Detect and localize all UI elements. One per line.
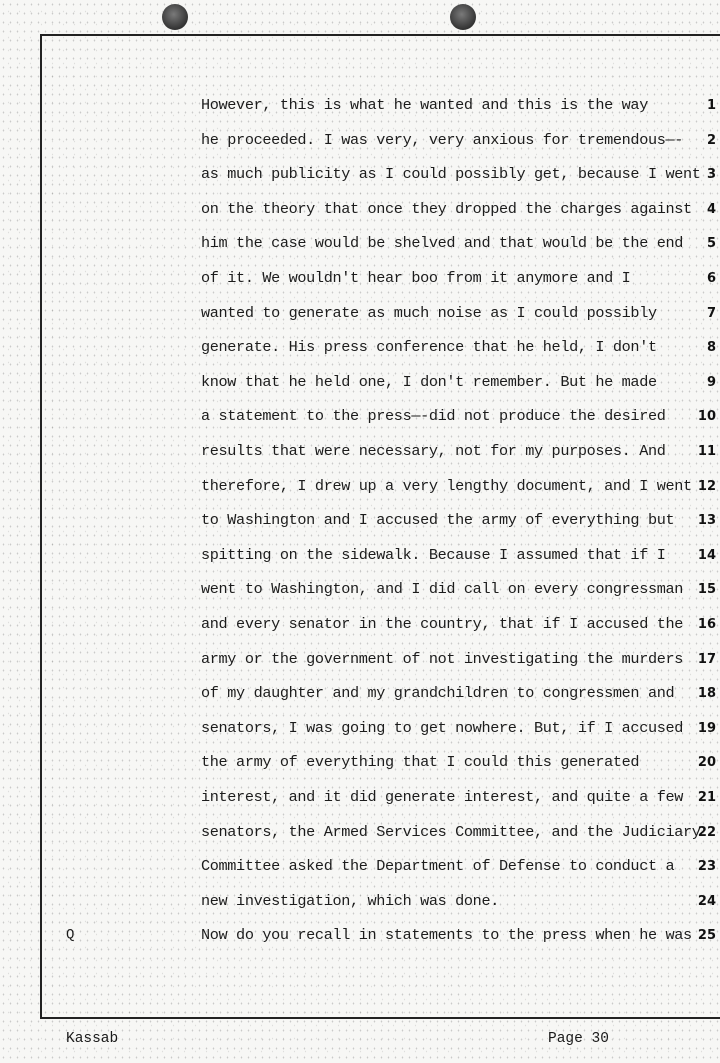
transcript-line: results that were necessary, not for my … bbox=[201, 442, 666, 460]
punch-hole bbox=[450, 4, 476, 30]
line-number: 20 bbox=[680, 755, 716, 770]
transcript-line: and every senator in the country, that i… bbox=[201, 615, 683, 633]
speaker-marker: Q bbox=[66, 927, 74, 943]
line-number: 8 bbox=[680, 340, 716, 355]
line-number: 6 bbox=[680, 271, 716, 286]
line-number: 14 bbox=[680, 548, 716, 563]
transcript-line: Committee asked the Department of Defens… bbox=[201, 857, 674, 875]
transcript-line: him the case would be shelved and that w… bbox=[201, 234, 683, 252]
line-number: 13 bbox=[680, 513, 716, 528]
transcript-line: the army of everything that I could this… bbox=[201, 753, 639, 771]
line-number: 15 bbox=[680, 582, 716, 597]
transcript-line: went to Washington, and I did call on ev… bbox=[201, 580, 683, 598]
footer-page-number: Page 30 bbox=[548, 1031, 609, 1047]
line-number: 23 bbox=[680, 859, 716, 874]
transcript-line: he proceeded. I was very, very anxious f… bbox=[201, 131, 683, 149]
line-number: 1 bbox=[680, 98, 716, 113]
transcript-line: of it. We wouldn't hear boo from it anym… bbox=[201, 269, 630, 287]
transcript-line: therefore, I drew up a very lengthy docu… bbox=[201, 477, 692, 495]
transcript-line: senators, I was going to get nowhere. Bu… bbox=[201, 719, 683, 737]
transcript-line: as much publicity as I could possibly ge… bbox=[201, 165, 701, 183]
transcript-line: spitting on the sidewalk. Because I assu… bbox=[201, 546, 666, 564]
transcript-line: army or the government of not investigat… bbox=[201, 650, 683, 668]
transcript-line: on the theory that once they dropped the… bbox=[201, 200, 692, 218]
transcript-line: wanted to generate as much noise as I co… bbox=[201, 304, 657, 322]
line-number: 9 bbox=[680, 375, 716, 390]
transcript-line: know that he held one, I don't remember.… bbox=[201, 373, 657, 391]
transcript-line: senators, the Armed Services Committee, … bbox=[201, 823, 701, 841]
transcript-line: However, this is what he wanted and this… bbox=[201, 96, 648, 114]
transcript-line: to Washington and I accused the army of … bbox=[201, 511, 674, 529]
punch-hole bbox=[162, 4, 188, 30]
transcript-line: new investigation, which was done. bbox=[201, 892, 499, 910]
transcript-line: of my daughter and my grandchildren to c… bbox=[201, 684, 674, 702]
line-number: 24 bbox=[680, 894, 716, 909]
transcript-line: generate. His press conference that he h… bbox=[201, 338, 657, 356]
line-number: 21 bbox=[680, 790, 716, 805]
line-number: 7 bbox=[680, 306, 716, 321]
line-number: 18 bbox=[680, 686, 716, 701]
footer-witness-name: Kassab bbox=[66, 1031, 118, 1047]
line-number: 19 bbox=[680, 721, 716, 736]
transcript-line: interest, and it did generate interest, … bbox=[201, 788, 683, 806]
transcript-line: a statement to the press—-did not produc… bbox=[201, 407, 666, 425]
line-number: 10 bbox=[680, 409, 716, 424]
line-number: 11 bbox=[680, 444, 716, 459]
line-number: 16 bbox=[680, 617, 716, 632]
line-number: 17 bbox=[680, 652, 716, 667]
line-number: 5 bbox=[680, 236, 716, 251]
line-number: 2 bbox=[680, 133, 716, 148]
transcript-line: Now do you recall in statements to the p… bbox=[201, 926, 692, 944]
